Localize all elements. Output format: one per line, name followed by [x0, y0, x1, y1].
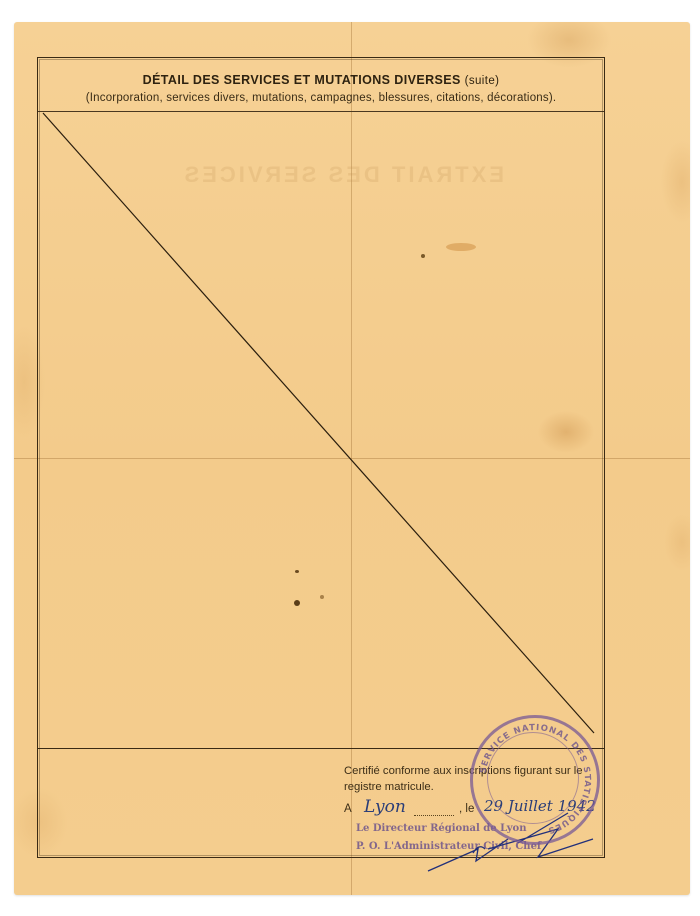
dotted-line: [414, 815, 454, 816]
page-title: DÉTAIL DES SERVICES ET MUTATIONS DIVERSE…: [38, 73, 604, 87]
cancellation-diagonal-line: [38, 58, 604, 748]
handwritten-place: Lyon: [364, 797, 406, 817]
svg-text:SERVICE NATIONAL DES STATISTIQ: SERVICE NATIONAL DES STATISTIQUES: [478, 723, 592, 835]
page-subtitle: (Incorporation, services divers, mutatio…: [38, 92, 604, 104]
stamp-circular-text: SERVICE NATIONAL DES STATISTIQUES: [473, 718, 597, 842]
title-suffix: (suite): [465, 75, 500, 87]
official-stamp: SERVICE NATIONAL DES STATISTIQUES: [470, 715, 600, 845]
table-header: DÉTAIL DES SERVICES ET MUTATIONS DIVERSE…: [38, 58, 604, 112]
title-text: DÉTAIL DES SERVICES ET MUTATIONS DIVERSE…: [143, 73, 461, 87]
stamp-line-administrator: P. O. L'Administrateur Civil, Chef: [356, 841, 541, 852]
place-prefix: A: [344, 803, 352, 815]
